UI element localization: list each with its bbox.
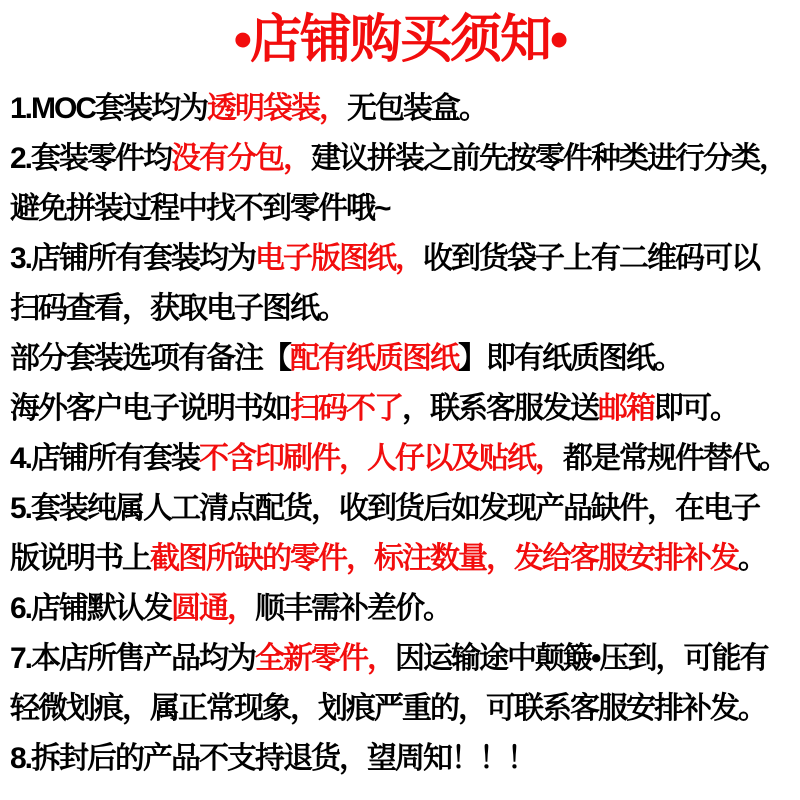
notice-line-9: 5.套装纯属人工清点配货，收到货后如发现产品缺件，在电子 [10,484,796,534]
notice-line-13: 轻微划痕，属正常现象，划痕严重的，可联系客服安排补发。 [10,684,796,734]
notice-line-7: 海外客户电子说明书如扫码不了，联系客服发送邮箱即可。 [10,384,796,434]
notice-text: 都是常规件替代。 [563,442,787,475]
highlighted-text: 圆通， [171,592,255,625]
notice-text: 2.套装零件均 [10,142,171,175]
notice-text: 。 [738,542,766,575]
notice-text: 】即有纸质图纸。 [458,342,682,375]
notice-line-6: 部分套装选项有备注【配有纸质图纸】即有纸质图纸。 [10,334,796,384]
notice-line-4: 3.店铺所有套装均为电子版图纸，收到货袋子上有二维码可以 [10,234,796,284]
notice-text: 8.拆封后的产品不支持退货，望周知！！！ [10,742,535,775]
highlighted-text: 没有分包， [171,142,311,175]
notice-text: 版说明书上 [10,542,150,575]
notice-text: 无包装盒。 [347,92,487,125]
notice-text: 即可。 [654,392,738,425]
notice-text: 6.店铺默认发 [10,592,171,625]
highlighted-text: 不含印刷件，人仔以及贴纸， [199,442,563,475]
highlighted-text: 电子版图纸， [255,242,423,275]
notice-line-11: 6.店铺默认发圆通，顺丰需补差价。 [10,584,796,634]
notice-text: 海外客户电子说明书如 [10,392,290,425]
notice-line-2: 2.套装零件均没有分包，建议拼装之前先按零件种类进行分类， [10,134,796,184]
highlighted-text: 透明袋装， [207,92,347,125]
notice-text: 1.MOC套装均为 [10,92,207,125]
notice-text: 3.店铺所有套装均为 [10,242,255,275]
notice-text: 建议拼装之前先按零件种类进行分类， [311,142,787,175]
notice-text: 4.店铺所有套装 [10,442,199,475]
notice-text: 顺丰需补差价。 [255,592,451,625]
notice-line-10: 版说明书上截图所缺的零件，标注数量，发给客服安排补发。 [10,534,796,584]
notice-line-8: 4.店铺所有套装不含印刷件，人仔以及贴纸，都是常规件替代。 [10,434,796,484]
notice-text: 轻微划痕，属正常现象，划痕严重的，可联系客服安排补发。 [10,692,766,725]
notice-body: 1.MOC套装均为透明袋装，无包装盒。2.套装零件均没有分包，建议拼装之前先按零… [0,78,800,784]
notice-title: •店铺购买须知• [0,0,800,78]
notice-line-1: 1.MOC套装均为透明袋装，无包装盒。 [10,84,796,134]
highlighted-text: 全新零件， [255,642,395,675]
notice-line-12: 7.本店所售产品均为全新零件，因运输途中颠簸•压到，可能有 [10,634,796,684]
highlighted-text: 邮箱 [598,392,654,425]
notice-text: 扫码查看，获取电子图纸。 [10,292,346,325]
highlighted-text: 配有纸质图纸 [290,342,458,375]
notice-text: 5.套装纯属人工清点配货，收到货后如发现产品缺件，在电子 [10,492,759,525]
notice-text: 收到货袋子上有二维码可以 [423,242,759,275]
store-purchase-notice: •店铺购买须知• 1.MOC套装均为透明袋装，无包装盒。2.套装零件均没有分包，… [0,0,800,800]
notice-line-3: 避免拼装过程中找不到零件哦~ [10,184,796,234]
notice-text: ，联系客服发送 [402,392,598,425]
notice-text: 因运输途中颠簸•压到，可能有 [395,642,768,675]
notice-text: 避免拼装过程中找不到零件哦~ [10,192,390,225]
notice-text: 部分套装选项有备注【 [10,342,290,375]
notice-line-5: 扫码查看，获取电子图纸。 [10,284,796,334]
notice-line-14: 8.拆封后的产品不支持退货，望周知！！！ [10,734,796,784]
highlighted-text: 扫码不了 [290,392,402,425]
highlighted-text: 截图所缺的零件，标注数量，发给客服安排补发 [150,542,738,575]
notice-text: 7.本店所售产品均为 [10,642,255,675]
